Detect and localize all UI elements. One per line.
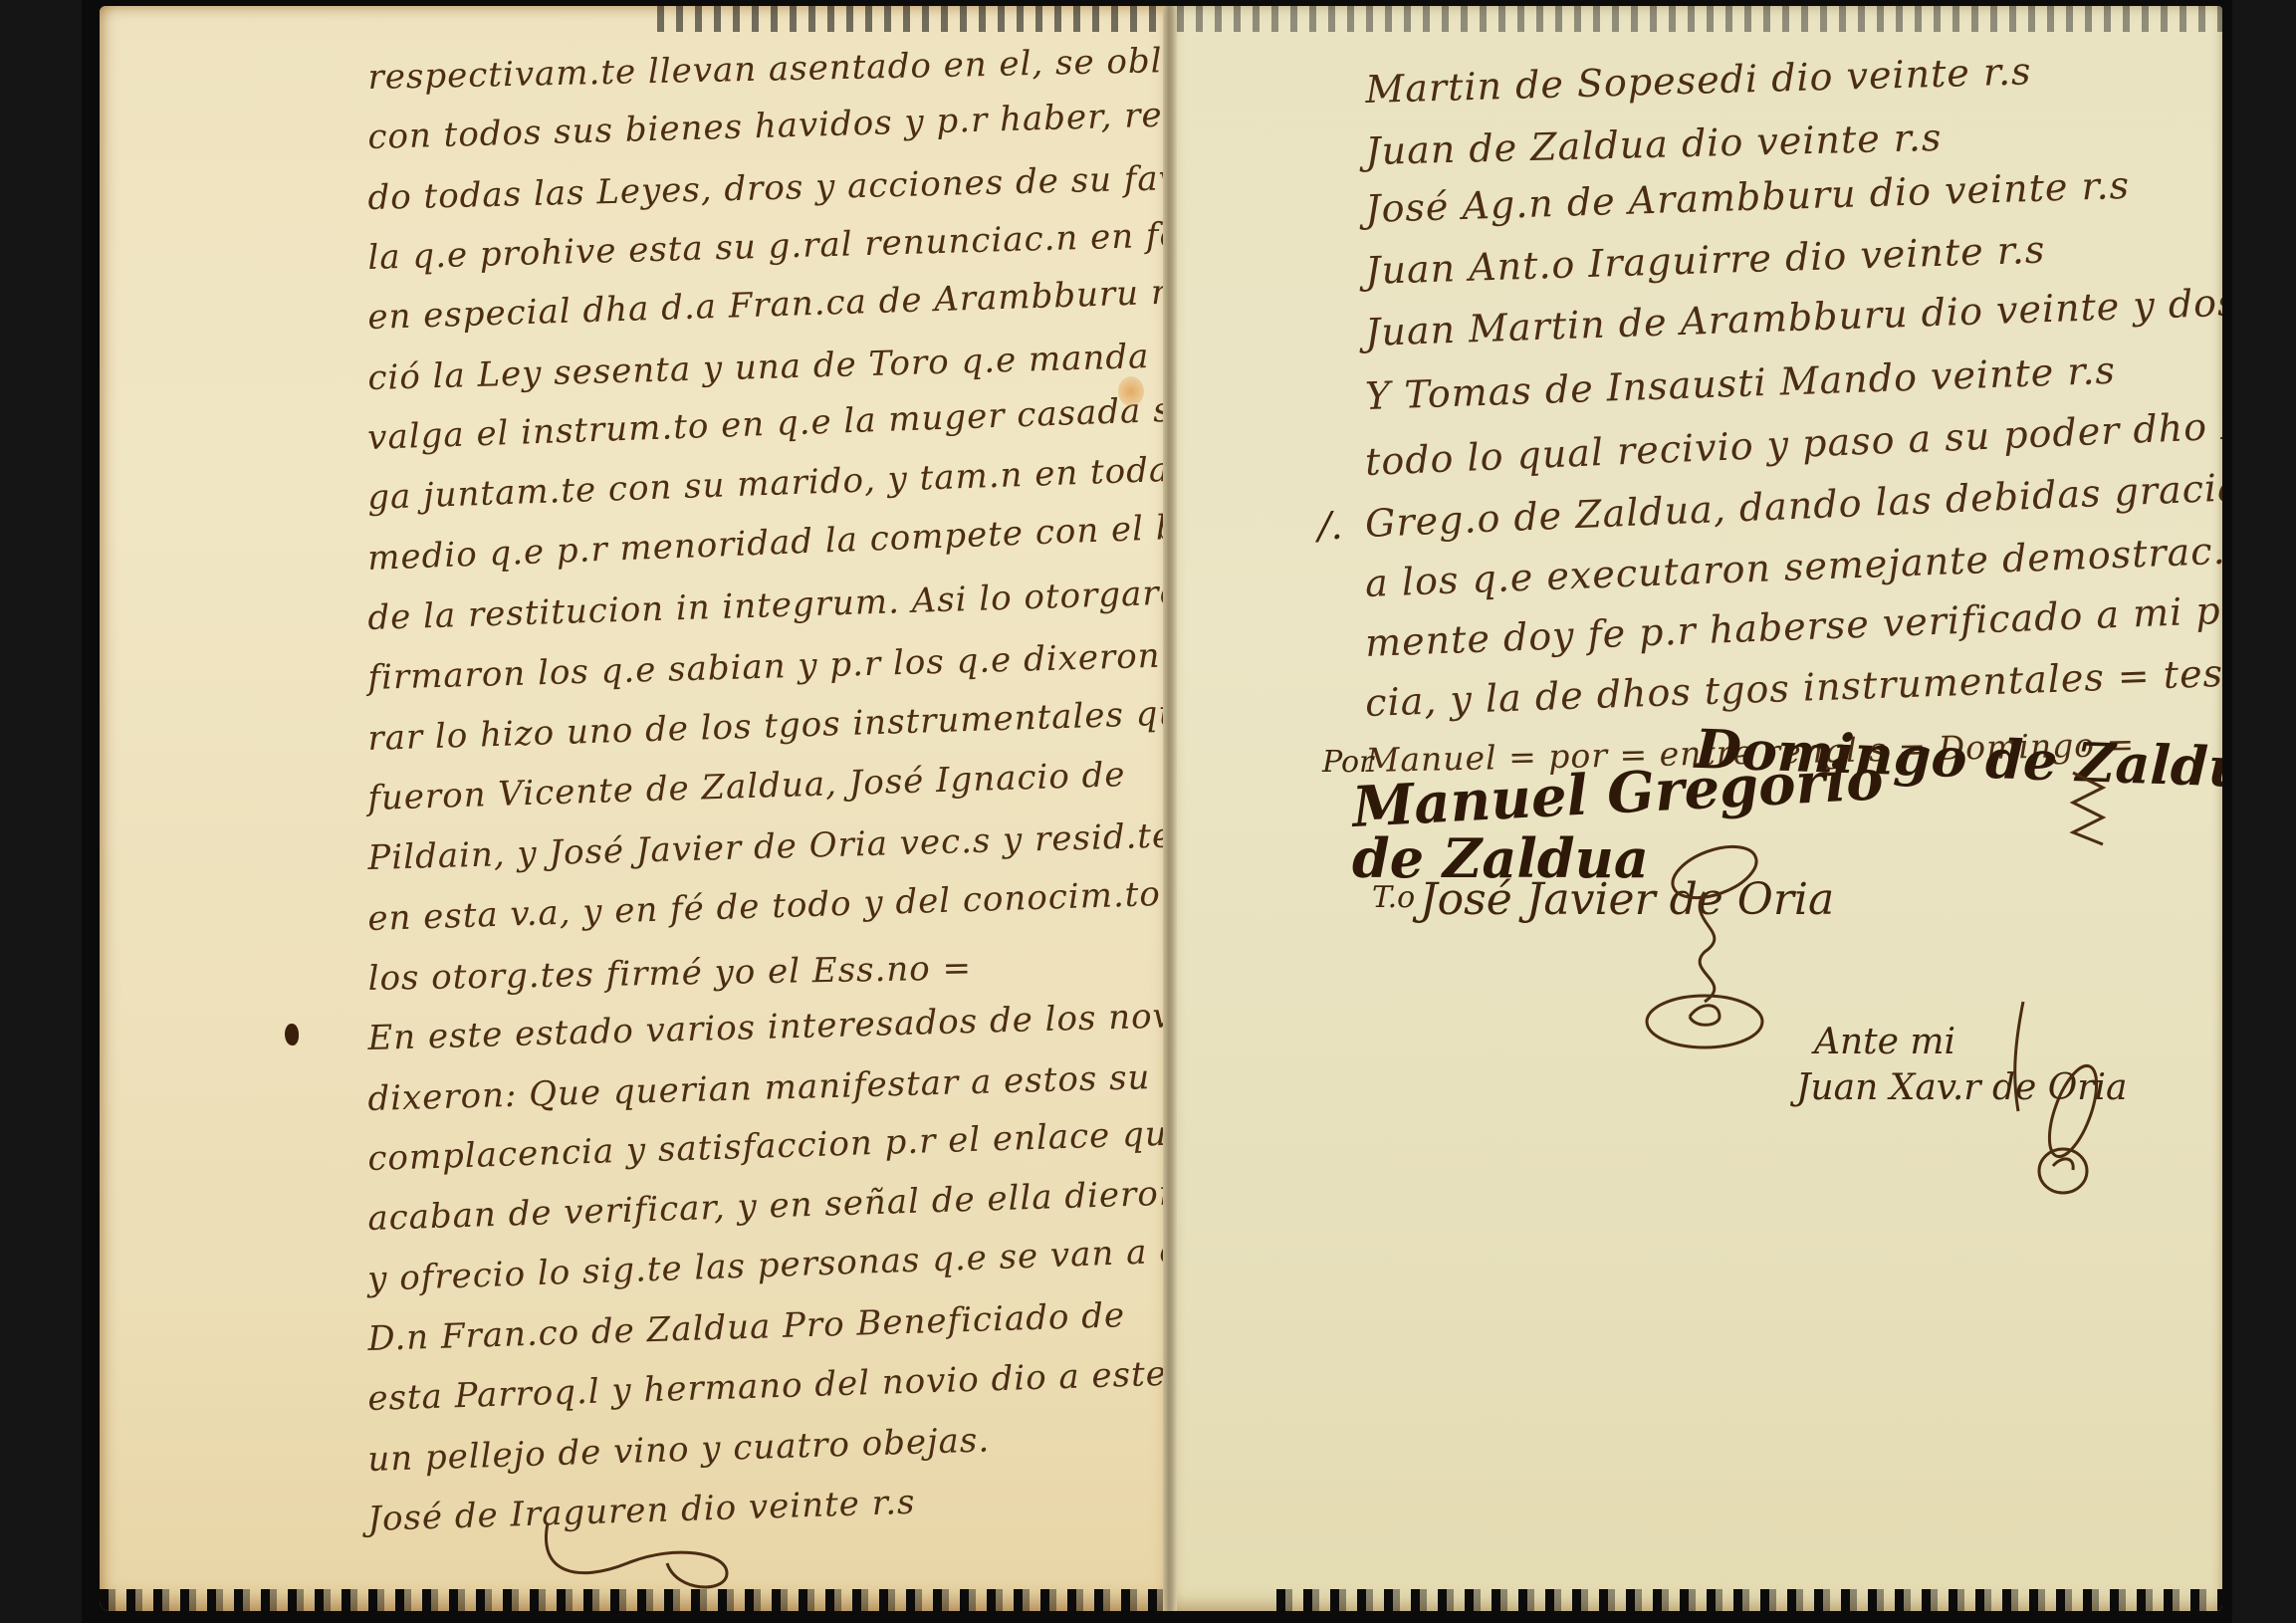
manuscript-line: rar lo hizo uno de los tgos instrumental…: [367, 692, 1165, 758]
manuscript-line: y ofrecio lo sig.te las personas q.e se …: [367, 1226, 1165, 1299]
manuscript-line: ció la Ley sesenta y una de Toro q.e man…: [367, 335, 1165, 397]
manuscript-line: D.n Fran.co de Zaldua Pro Beneficiado de: [367, 1295, 1126, 1359]
ink-blot: [285, 1024, 299, 1045]
manuscript-line: complacencia y satisfaccion p.r el enlac…: [367, 1113, 1165, 1179]
torn-edge-top: [657, 6, 1165, 32]
manuscript-line: un pellejo de vino y cuatro obejas.: [367, 1420, 991, 1480]
left-page: respectivam.te llevan asentado en el, se…: [100, 6, 1165, 1611]
manuscript-line: firmaron los q.e sabian y p.r los q.e di…: [367, 633, 1165, 698]
manuscript-line: Y Tomas de Insausti Mando veinte r.s: [1364, 348, 2116, 418]
manuscript-line: En este estado varios interesados de los…: [367, 995, 1165, 1058]
manuscript-line: acaban de verificar, y en señal de ella …: [367, 1174, 1165, 1240]
manuscript-line: respectivam.te llevan asentado en el, se…: [367, 40, 1165, 98]
document-viewer: respectivam.te llevan asentado en el, se…: [0, 0, 2296, 1623]
manuscript-line: fueron Vicente de Zaldua, José Ignacio d…: [367, 755, 1126, 818]
notary-rubric-icon: [2003, 992, 2123, 1201]
manuscript-line: los otorg.tes firmé yo el Ess.no =: [367, 948, 972, 999]
stain-mark: [1118, 376, 1144, 406]
manuscript-line: José Ag.n de Arambburu dio veinte r.s: [1365, 163, 2131, 231]
manuscript-line: do todas las Leyes, dros y acciones de s…: [367, 156, 1165, 218]
manuscript-line: en especial dha d.a Fran.ca de Arambburu…: [367, 270, 1165, 338]
manuscript-line: la q.e prohive esta su g.ral renunciac.n…: [367, 212, 1165, 278]
manuscript-line: de la restitucion in integrum. Asi lo ot…: [367, 572, 1165, 638]
margin-mark: /.: [1318, 504, 1343, 548]
manuscript-line: Martin de Sopesedi dio veinte r.s: [1365, 49, 2032, 112]
torn-edge-bottom: [1276, 1589, 2222, 1611]
manuscript-line: en esta v.a, y en fé de todo y del conoc…: [367, 872, 1165, 939]
signature-prefix: T.o: [1372, 880, 1415, 915]
torn-edge-top: [1177, 6, 2222, 32]
manuscript-line: con todos sus bienes havidos y p.r haber…: [367, 92, 1165, 158]
manuscript-line: valga el instrum.to en q.e la muger casa…: [367, 386, 1165, 458]
manuscript-line: Juan Ant.o Iraguirre dio veinte r.s: [1365, 228, 2046, 293]
right-page: Martin de Sopesedi dio veinte r.s Juan d…: [1177, 6, 2222, 1611]
manuscript-line: ga juntam.te con su marido, y tam.n en t…: [367, 444, 1165, 519]
signature-squiggle-icon: [2063, 763, 2113, 852]
manuscript-line: Juan Martin de Arambburu dio veinte y do…: [1364, 278, 2222, 354]
rubric-flourish-icon: [1645, 842, 1784, 1051]
notary-ante-mi: Ante mi: [1814, 1022, 1955, 1062]
manuscript-line: Juan de Zaldua dio veinte r.s: [1365, 116, 1943, 173]
manuscript-line: Pildain, y José Javier de Oria vec.s y r…: [367, 816, 1165, 879]
manuscript-line: esta Parroq.l y hermano del novio dio a …: [367, 1354, 1165, 1419]
book-spine: [1163, 6, 1177, 1611]
closing-flourish-icon: [538, 1513, 757, 1603]
manuscript-line: dixeron: Que querian manifestar a estos …: [367, 1057, 1151, 1119]
